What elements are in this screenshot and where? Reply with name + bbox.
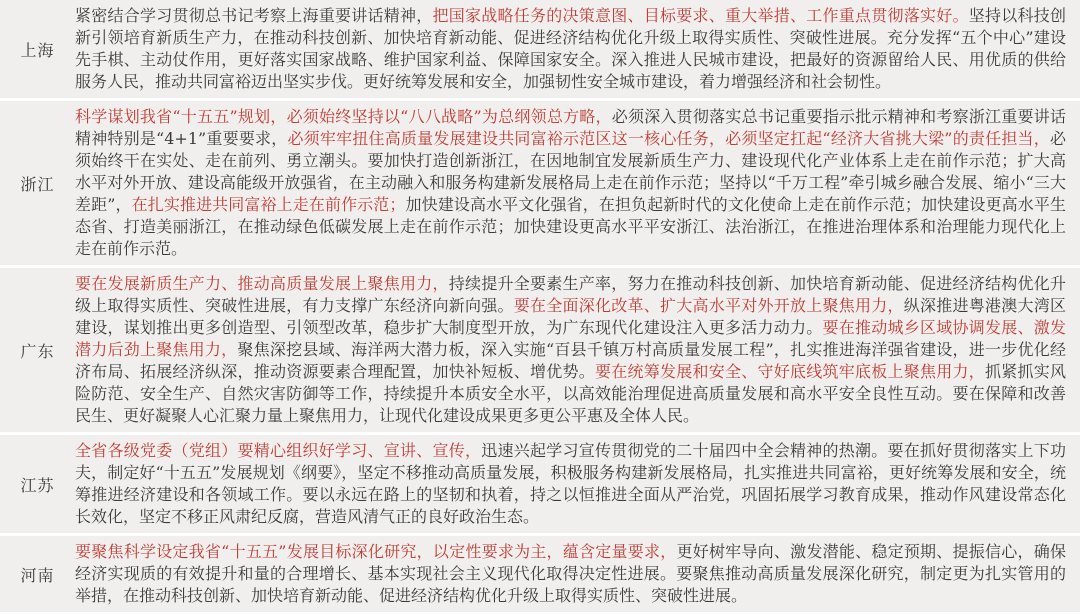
emphasized-text-segment: 在扎实推进共同富裕上走在前作示范； xyxy=(132,195,406,214)
province-label: 河南 xyxy=(0,536,75,612)
table-row: 江苏全省各级党委（党组）要精心组织好学习、宣讲、宣传，迅速兴起学习宣传贯彻党的二… xyxy=(0,435,1080,536)
province-label: 广东 xyxy=(0,268,75,432)
emphasized-text-segment: 把国家战略任务的决策意图、目标要求、重大举措、工作重点贯彻落实好。 xyxy=(432,6,968,25)
emphasized-text-segment: 全省各级党委（党组）要精心组织好学习、宣讲、宣传， xyxy=(75,441,481,460)
emphasized-text-segment: 要在统筹发展和安全、守好底线筑牢底板上聚焦用力， xyxy=(595,362,985,381)
policy-text: 要在发展新质生产力、推动高质量发展上聚焦用力，持续提升全要素生产率，努力在推动科… xyxy=(75,268,1080,432)
policy-text: 科学谋划我省“十五五”规划，必须始终坚持以“八八战略”为总纲领总方略，必须深入贯… xyxy=(75,101,1080,265)
policy-text: 紧密结合学习贯彻总书记考察上海重要讲话精神，把国家战略任务的决策意图、目标要求、… xyxy=(75,0,1080,98)
emphasized-text-segment: 要在发展新质生产力、推动高质量发展上聚焦用力， xyxy=(75,274,449,293)
province-label: 上海 xyxy=(0,0,75,98)
table-row: 河南要聚焦科学设定我省“十五五”发展目标深化研究，以定性要求为主，蕴含定量要求，… xyxy=(0,536,1080,612)
page: 上海紧密结合学习贯彻总书记考察上海重要讲话精神，把国家战略任务的决策意图、目标要… xyxy=(0,0,1080,614)
province-policy-table: 上海紧密结合学习贯彻总书记考察上海重要讲话精神，把国家战略任务的决策意图、目标要… xyxy=(0,0,1080,612)
emphasized-text-segment: 要聚焦科学设定我省“十五五”发展目标深化研究，以定性要求为主，蕴含定量要求， xyxy=(75,542,676,561)
policy-text: 要聚焦科学设定我省“十五五”发展目标深化研究，以定性要求为主，蕴含定量要求，更好… xyxy=(75,536,1080,612)
table-row: 浙江科学谋划我省“十五五”规划，必须始终坚持以“八八战略”为总纲领总方略，必须深… xyxy=(0,101,1080,268)
policy-text: 全省各级党委（党组）要精心组织好学习、宣讲、宣传，迅速兴起学习宣传贯彻党的二十届… xyxy=(75,435,1080,533)
emphasized-text-segment: 科学谋划我省“十五五”规划，必须始终坚持以“八八战略”为总纲领总方略， xyxy=(75,107,612,126)
province-label: 江苏 xyxy=(0,435,75,533)
emphasized-text-segment: 要在全面深化改革、扩大高水平对外开放上聚焦用力， xyxy=(514,296,904,315)
text-segment: 紧密结合学习贯彻总书记考察上海重要讲话精神， xyxy=(75,6,432,25)
table-row: 上海紧密结合学习贯彻总书记考察上海重要讲话精神，把国家战略任务的决策意图、目标要… xyxy=(0,0,1080,101)
emphasized-text-segment: 必须牢牢扭住高质量发展建设共同富裕示范区这一核心任务，必须坚定扛起“经济大省挑大… xyxy=(287,129,1050,148)
province-label: 浙江 xyxy=(0,101,75,265)
table-row: 广东要在发展新质生产力、推动高质量发展上聚焦用力，持续提升全要素生产率，努力在推… xyxy=(0,268,1080,435)
